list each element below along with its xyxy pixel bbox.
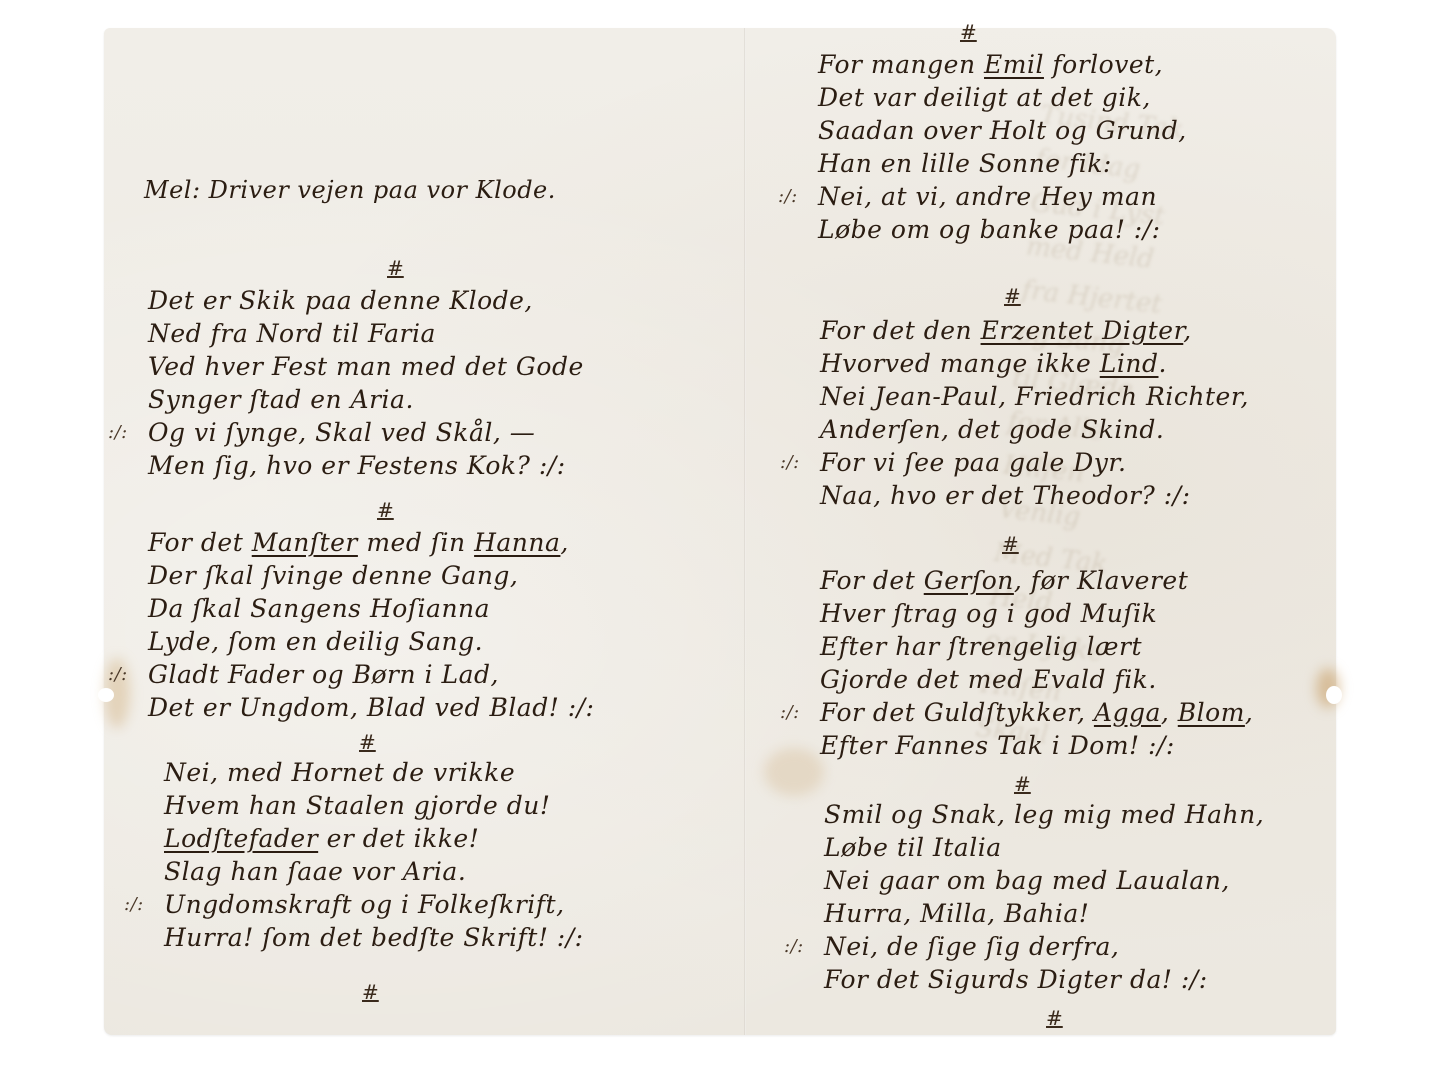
verse-text: Det var deiligt at det gik, [818,83,1151,112]
verse-line: Løbe til Italia [824,831,1264,864]
stanza-2: For det Manſter med ſin Hanna,Der ſkal ſ… [148,526,594,724]
verse-text: Løbe til Italia [824,833,1002,862]
left-page: Mel: Driver vejen paa vor Klode. # Det e… [104,28,744,1035]
stanza-separator: # [387,256,404,280]
underlined-name: Gerſon [924,566,1014,595]
verse-text: Smil og Snak, leg mig med Hahn, [824,800,1264,829]
verse-text: Hvorved mange ikke Lind. [820,349,1167,378]
verse-line: Hurra, Milla, Bahia! [824,897,1264,930]
verse-text: Efter Fannes Tak i Dom! :/: [820,731,1175,760]
verse-text: Hvem han Staalen gjorde du! [164,791,550,820]
verse-line: :/:For det Guldſtykker, Agga, Blom, [820,696,1253,729]
verse-text: For det Manſter med ſin Hanna, [148,528,569,557]
verse-line: For det Manſter med ſin Hanna, [148,526,594,559]
stanza-separator: # [1002,532,1019,556]
verse-line: Ved hver Fest man med det Gode [148,350,584,383]
stanza-separator: # [359,730,376,754]
verse-text: Da ſkal Sangens Hoſianna [148,594,490,623]
right-page: # For mangen Emil forlovet,Det var deili… [746,28,1336,1035]
underlined-name: Blom [1178,698,1245,727]
underlined-name: Manſter [252,528,358,557]
verse-line: Løbe om og banke paa! :/: [818,213,1187,246]
verse-text: Efter har ſtrengelig lært [820,632,1142,661]
verse-line: Nei gaar om bag med Laualan, [824,864,1264,897]
verse-line: Nei, med Hornet de vrikke [164,756,584,789]
verse-line: Hurra! ſom det bedſte Skrift! :/: [164,921,584,954]
verse-line: :/:Og vi ſynge, Skal ved Skål, — [148,416,584,449]
verse-text: Det er Skik paa denne Klode, [148,286,533,315]
verse-text: Nei, de ſige ſig derfra, [824,932,1119,961]
verse-line: Han en lille Sonne fik: [818,147,1187,180]
repeat-mark: :/: [108,658,128,691]
verse-line: Hver ſtrag og i god Muſik [820,597,1253,630]
verse-line: Efter Fannes Tak i Dom! :/: [820,729,1253,762]
verse-text: Hver ſtrag og i god Muſik [820,599,1157,628]
verse-line: :/:Ungdomskraft og i Folkeſkrift, [164,888,584,921]
verse-line: For det den Erzentet Digter, [820,314,1249,347]
verse-text: Slag han ſaae vor Aria. [164,857,466,886]
verse-text: Løbe om og banke paa! :/: [818,215,1161,244]
verse-text: Ungdomskraft og i Folkeſkrift, [164,890,565,919]
stanza-1: Det er Skik paa denne Klode,Ned fra Nord… [148,284,584,482]
repeat-mark: :/: [780,446,800,479]
underlined-name: Erzentet Digter [981,316,1184,345]
verse-text: Lyde, ſom en deilig Sang. [148,627,483,656]
verse-text: Han en lille Sonne fik: [818,149,1112,178]
stanza-separator: # [1014,772,1031,796]
stanza-separator: # [377,498,394,522]
verse-line: Lyde, ſom en deilig Sang. [148,625,594,658]
melody-heading: Mel: Driver vejen paa vor Klode. [144,176,556,204]
verse-line: Hvem han Staalen gjorde du! [164,789,584,822]
stanza-separator: # [1004,284,1021,308]
verse-text: Men ſig, hvo er Festens Kok? :/: [148,451,566,480]
verse-text: For det den Erzentet Digter, [820,316,1192,345]
verse-line: :/:Nei, at vi, andre Hey man [818,180,1187,213]
verse-line: Ned fra Nord til Faria [148,317,584,350]
underlined-name: Emil [984,50,1044,79]
verse-text: For det Guldſtykker, Agga, Blom, [820,698,1253,727]
verse-line: :/:Gladt Fader og Børn i Lad, [148,658,594,691]
verse-text: Synger ſtad en Aria. [148,385,414,414]
verse-text: Ved hver Fest man med det Gode [148,352,584,381]
verse-text: For vi ſee paa gale Dyr. [820,448,1127,477]
verse-line: Efter har ſtrengelig lært [820,630,1253,663]
verse-line: Smil og Snak, leg mig med Hahn, [824,798,1264,831]
manuscript-sheet: Tusind Takfor IdagGud i Lystmed Heldfra … [104,28,1336,1035]
stanza-3: Nei, med Hornet de vrikkeHvem han Staale… [164,756,584,954]
verse-line: Men ſig, hvo er Festens Kok? :/: [148,449,584,482]
repeat-mark: :/: [108,416,128,449]
verse-line: Saadan over Holt og Grund, [818,114,1187,147]
verse-text: Naa, hvo er det Theodor? :/: [820,481,1191,510]
verse-text: For mangen Emil forlovet, [818,50,1163,79]
verse-text: Lodſtefader er det ikke! [164,824,479,853]
repeat-mark: :/: [778,180,798,213]
verse-text: Hurra, Milla, Bahia! [824,899,1089,928]
verse-line: Synger ſtad en Aria. [148,383,584,416]
verse-line: Der ſkal ſvinge denne Gang, [148,559,594,592]
verse-line: Naa, hvo er det Theodor? :/: [820,479,1249,512]
underlined-name: Lodſtefader [164,824,318,853]
end-separator: # [1046,1006,1063,1030]
verse-text: Saadan over Holt og Grund, [818,116,1187,145]
verse-line: :/:Nei, de ſige ſig derfra, [824,930,1264,963]
verse-line: For det Sigurds Digter da! :/: [824,963,1264,996]
verse-text: Gladt Fader og Børn i Lad, [148,660,499,689]
repeat-mark: :/: [780,696,800,729]
verse-text: Nei Jean-Paul, Friedrich Richter, [820,382,1249,411]
verse-text: Der ſkal ſvinge denne Gang, [148,561,518,590]
verse-text: For det Gerſon, før Klaveret [820,566,1188,595]
verse-text: For det Sigurds Digter da! :/: [824,965,1208,994]
verse-line: For det Gerſon, før Klaveret [820,564,1253,597]
stanza-6: For det Gerſon, før KlaveretHver ſtrag o… [820,564,1253,762]
underlined-name: Agga [1094,698,1161,727]
stanza-separator: # [960,20,977,44]
verse-line: Det var deiligt at det gik, [818,81,1187,114]
verse-text: Nei, at vi, andre Hey man [818,182,1157,211]
stanza-5: For det den Erzentet Digter,Hvorved mang… [820,314,1249,512]
verse-text: Det er Ungdom, Blad ved Blad! :/: [148,693,594,722]
end-separator: # [362,980,379,1004]
verse-text: Nei gaar om bag med Laualan, [824,866,1230,895]
verse-line: Gjorde det med Evald fik. [820,663,1253,696]
verse-text: Ned fra Nord til Faria [148,319,436,348]
verse-line: Nei Jean-Paul, Friedrich Richter, [820,380,1249,413]
stanza-4: For mangen Emil forlovet,Det var deiligt… [818,48,1187,246]
underlined-name: Hanna [474,528,560,557]
verse-line: Lodſtefader er det ikke! [164,822,584,855]
verse-text: Hurra! ſom det bedſte Skrift! :/: [164,923,584,952]
verse-line: Da ſkal Sangens Hoſianna [148,592,594,625]
verse-line: :/:For vi ſee paa gale Dyr. [820,446,1249,479]
verse-line: For mangen Emil forlovet, [818,48,1187,81]
verse-line: Hvorved mange ikke Lind. [820,347,1249,380]
verse-text: Nei, med Hornet de vrikke [164,758,515,787]
repeat-mark: :/: [784,930,804,963]
verse-line: Det er Skik paa denne Klode, [148,284,584,317]
verse-line: Slag han ſaae vor Aria. [164,855,584,888]
underlined-name: Lind [1100,349,1159,378]
stanza-7: Smil og Snak, leg mig med Hahn,Løbe til … [824,798,1264,996]
verse-line: Anderſen, det gode Skind. [820,413,1249,446]
verse-text: Gjorde det med Evald fik. [820,665,1157,694]
verse-text: Og vi ſynge, Skal ved Skål, — [148,418,535,447]
verse-text: Anderſen, det gode Skind. [820,415,1164,444]
verse-line: Det er Ungdom, Blad ved Blad! :/: [148,691,594,724]
repeat-mark: :/: [124,888,144,921]
